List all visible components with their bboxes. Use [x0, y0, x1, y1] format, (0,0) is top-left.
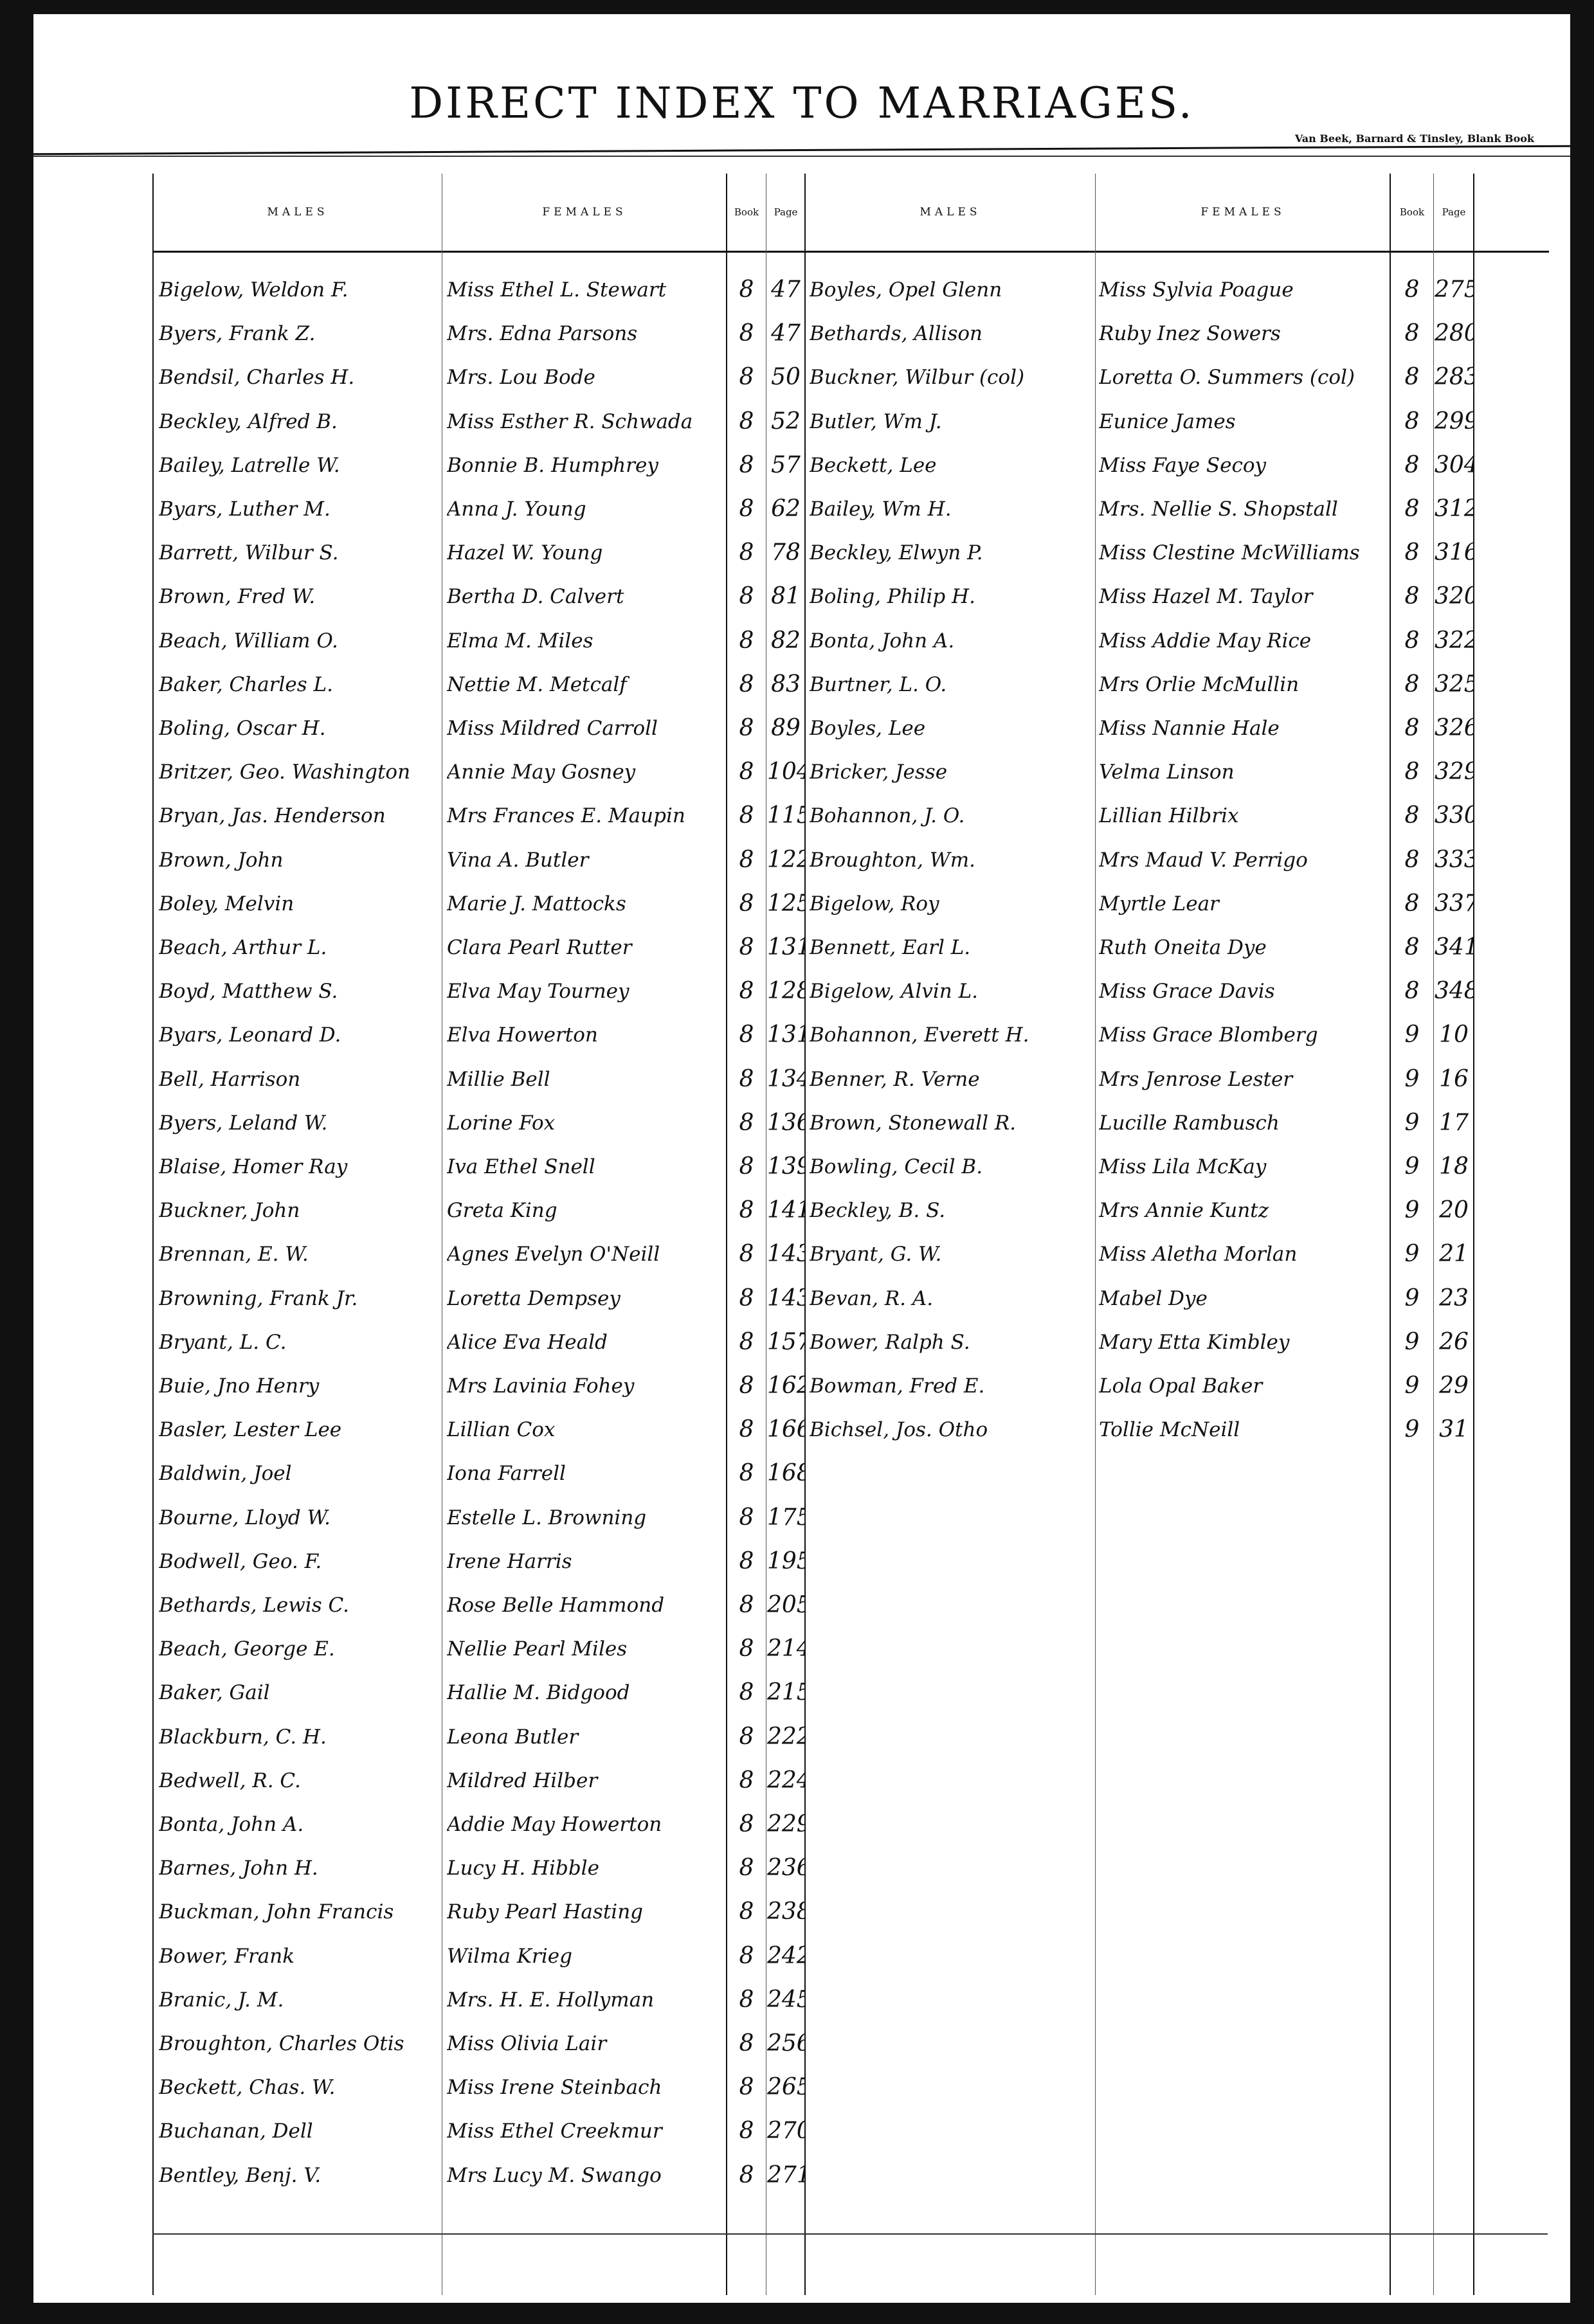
female-name: Myrtle Lear [1099, 884, 1388, 924]
book-number: 8 [1391, 840, 1433, 880]
marriage-index-table: MALES FEMALES Book Page MALES FEMALES Bo… [152, 174, 1549, 2295]
male-name: Bodwell, Geo. F. [159, 1542, 442, 1581]
header-left-book: Book [727, 174, 766, 251]
table-row: Bentley, Benj. V.Mrs Lucy M. Swango8271 [154, 2156, 1549, 2195]
female-name: Mary Etta Kimbley [1099, 1322, 1388, 1362]
book-number: 9 [1391, 1147, 1433, 1187]
female-name: Miss Clestine McWilliams [1099, 533, 1388, 573]
female-name: Miss Nannie Hale [1099, 708, 1388, 748]
table-row: Boling, Philip H.Miss Hazel M. Taylor832… [154, 577, 1549, 617]
male-name: Bonta, John A. [810, 621, 1094, 661]
book-number: 8 [1391, 533, 1433, 573]
book-number: 8 [1391, 314, 1433, 354]
table-row: Boyles, Opel GlennMiss Sylvia Poague8275 [154, 270, 1549, 310]
book-number: 9 [1391, 1015, 1433, 1055]
book-number: 8 [727, 2024, 766, 2064]
male-name: Bethards, Allison [810, 314, 1094, 354]
female-name: Miss Lila McKay [1099, 1147, 1388, 1187]
female-name: Mrs Orlie McMullin [1099, 665, 1388, 705]
scan-border-left [0, 0, 31, 2324]
table-row: Barnes, John H.Lucy H. Hibble8236 [154, 1848, 1549, 1888]
female-name: Miss Addie May Rice [1099, 621, 1388, 661]
male-name: Barnes, John H. [159, 1848, 442, 1888]
book-number: 8 [1391, 796, 1433, 836]
book-number: 9 [1391, 1103, 1433, 1143]
page-number: 238 [767, 1892, 804, 1932]
female-name: Mrs. Nellie S. Shopstall [1099, 489, 1388, 529]
male-name: Broughton, Charles Otis [159, 2024, 442, 2064]
book-number: 9 [1391, 1410, 1433, 1450]
female-name: Rose Belle Hammond [447, 1585, 725, 1625]
female-name: Mrs Annie Kuntz [1099, 1191, 1388, 1230]
male-name: Bowman, Fred E. [810, 1366, 1094, 1406]
table-row: Butler, Wm J.Eunice James8299 [154, 402, 1549, 442]
book-number: 8 [1391, 928, 1433, 968]
female-name: Leona Butler [447, 1717, 725, 1757]
page-number: 245 [767, 1980, 804, 2020]
bottom-rule [152, 2233, 1548, 2235]
page-number: 270 [767, 2111, 804, 2151]
table-row: Beckley, B. S.Mrs Annie Kuntz920 [154, 1191, 1549, 1230]
female-name: Wilma Krieg [447, 1936, 725, 1976]
table-row: Bonta, John A.Addie May Howerton8229 [154, 1805, 1549, 1844]
table-row: Bower, Ralph S.Mary Etta Kimbley926 [154, 1322, 1549, 1362]
table-row: Bevan, R. A.Mabel Dye923 [154, 1279, 1549, 1319]
male-name: Blackburn, C. H. [159, 1717, 442, 1757]
page-number: 337 [1435, 884, 1473, 924]
female-name: Ruth Oneita Dye [1099, 928, 1388, 968]
male-name: Bailey, Wm H. [810, 489, 1094, 529]
scan-border-top [0, 0, 1594, 14]
page-number: 299 [1435, 402, 1473, 442]
page-number: 341 [1435, 928, 1473, 968]
table-row: Bichsel, Jos. OthoTollie McNeill931 [154, 1410, 1549, 1450]
male-name: Boyles, Lee [810, 708, 1094, 748]
book-number: 9 [1391, 1279, 1433, 1319]
book-number: 9 [1391, 1322, 1433, 1362]
page-number: 325 [1435, 665, 1473, 705]
female-name: Ruby Inez Sowers [1099, 314, 1388, 354]
scan-border-bottom [0, 2301, 1594, 2324]
page-number: 20 [1435, 1191, 1473, 1230]
male-name: Beckley, B. S. [810, 1191, 1094, 1230]
page-number: 333 [1435, 840, 1473, 880]
male-name: Bevan, R. A. [810, 1279, 1094, 1319]
table-row: Bowling, Cecil B.Miss Lila McKay918 [154, 1147, 1549, 1187]
table-row: Broughton, Charles OtisMiss Olivia Lair8… [154, 2024, 1549, 2064]
header-left-females: FEMALES [443, 174, 726, 251]
header-right-females: FEMALES [1096, 174, 1390, 251]
male-name: Bohannon, Everett H. [810, 1015, 1094, 1055]
table-row: Bethards, Lewis C.Rose Belle Hammond8205 [154, 1585, 1549, 1625]
female-name: Mrs. H. E. Hollyman [447, 1980, 725, 2020]
table-row: Beckett, Chas. W.Miss Irene Steinbach826… [154, 2067, 1549, 2107]
male-name: Burtner, L. O. [810, 665, 1094, 705]
table-row: Beckett, LeeMiss Faye Secoy8304 [154, 446, 1549, 485]
book-number: 8 [727, 1454, 766, 1493]
page-number: 31 [1435, 1410, 1473, 1450]
male-name: Benner, R. Verne [810, 1059, 1094, 1099]
male-name: Baker, Gail [159, 1673, 442, 1713]
male-name: Beckley, Elwyn P. [810, 533, 1094, 573]
book-number: 8 [1391, 489, 1433, 529]
table-row: Bohannon, J. O.Lillian Hilbrix8330 [154, 796, 1549, 836]
page-number: 275 [1435, 270, 1473, 310]
female-name: Addie May Howerton [447, 1805, 725, 1844]
table-row: Broughton, Wm.Mrs Maud V. Perrigo8333 [154, 840, 1549, 880]
table-row: Blackburn, C. H.Leona Butler8222 [154, 1717, 1549, 1757]
book-number: 8 [727, 1498, 766, 1538]
table-row: Bethards, AllisonRuby Inez Sowers8280 [154, 314, 1549, 354]
table-row: Bonta, John A.Miss Addie May Rice8322 [154, 621, 1549, 661]
book-number: 8 [727, 1629, 766, 1669]
page-number: 265 [767, 2067, 804, 2107]
page-number: 23 [1435, 1279, 1473, 1319]
table-row: Buchanan, DellMiss Ethel Creekmur8270 [154, 2111, 1549, 2151]
book-number: 8 [1391, 752, 1433, 792]
page-number: 224 [767, 1761, 804, 1801]
male-name: Bryant, G. W. [810, 1234, 1094, 1274]
male-name: Baldwin, Joel [159, 1454, 442, 1493]
book-number: 8 [1391, 270, 1433, 310]
male-name: Beckett, Lee [810, 446, 1094, 485]
male-name: Bohannon, J. O. [810, 796, 1094, 836]
table-row: Bedwell, R. C.Mildred Hilber8224 [154, 1761, 1549, 1801]
header-right-males: MALES [806, 174, 1095, 251]
page-number: 10 [1435, 1015, 1473, 1055]
page-number: 21 [1435, 1234, 1473, 1274]
page-number: 195 [767, 1542, 804, 1581]
male-name: Butler, Wm J. [810, 402, 1094, 442]
table-row: Bourne, Lloyd W.Estelle L. Browning8175 [154, 1498, 1549, 1538]
book-number: 8 [727, 1848, 766, 1888]
female-name: Lucille Rambusch [1099, 1103, 1388, 1143]
female-name: Mabel Dye [1099, 1279, 1388, 1319]
male-name: Bricker, Jesse [810, 752, 1094, 792]
table-row: Beckley, Elwyn P.Miss Clestine McWilliam… [154, 533, 1549, 573]
page-number: 29 [1435, 1366, 1473, 1406]
table-row: Beach, George E.Nellie Pearl Miles8214 [154, 1629, 1549, 1669]
female-name: Estelle L. Browning [447, 1498, 725, 1538]
female-name: Miss Grace Davis [1099, 971, 1388, 1011]
female-name: Tollie McNeill [1099, 1410, 1388, 1450]
header-right-book: Book [1391, 174, 1433, 251]
male-name: Beach, George E. [159, 1629, 442, 1669]
page-number: 322 [1435, 621, 1473, 661]
female-name: Eunice James [1099, 402, 1388, 442]
female-name: Mrs Jenrose Lester [1099, 1059, 1388, 1099]
page-number: 16 [1435, 1059, 1473, 1099]
female-name: Iona Farrell [447, 1454, 725, 1493]
male-name: Bedwell, R. C. [159, 1761, 442, 1801]
table-row: Baker, GailHallie M. Bidgood8215 [154, 1673, 1549, 1713]
page-number: 229 [767, 1805, 804, 1844]
male-name: Branic, J. M. [159, 1980, 442, 2020]
female-name: Nellie Pearl Miles [447, 1629, 725, 1669]
book-number: 8 [727, 1542, 766, 1581]
page-number: 215 [767, 1673, 804, 1713]
female-name: Velma Linson [1099, 752, 1388, 792]
female-name: Miss Grace Blomberg [1099, 1015, 1388, 1055]
table-row: Benner, R. VerneMrs Jenrose Lester916 [154, 1059, 1549, 1099]
male-name: Beckett, Chas. W. [159, 2067, 442, 2107]
table-row: Bowman, Fred E.Lola Opal Baker929 [154, 1366, 1549, 1406]
book-number: 8 [1391, 884, 1433, 924]
male-name: Buckman, John Francis [159, 1892, 442, 1932]
female-name: Mildred Hilber [447, 1761, 725, 1801]
book-number: 9 [1391, 1234, 1433, 1274]
book-number: 8 [727, 2156, 766, 2195]
table-row: Baldwin, JoelIona Farrell8168 [154, 1454, 1549, 1493]
table-row: Buckner, Wilbur (col)Loretta O. Summers … [154, 357, 1549, 397]
female-name: Miss Ethel Creekmur [447, 2111, 725, 2151]
table-row: Boyles, LeeMiss Nannie Hale8326 [154, 708, 1549, 748]
male-name: Bonta, John A. [159, 1805, 442, 1844]
male-name: Broughton, Wm. [810, 840, 1094, 880]
table-row: Branic, J. M.Mrs. H. E. Hollyman8245 [154, 1980, 1549, 2020]
book-number: 8 [1391, 665, 1433, 705]
male-name: Bigelow, Roy [810, 884, 1094, 924]
female-name: Miss Sylvia Poague [1099, 270, 1388, 310]
book-number: 8 [1391, 357, 1433, 397]
book-number: 8 [727, 1717, 766, 1757]
page-number: 316 [1435, 533, 1473, 573]
male-name: Bower, Ralph S. [810, 1322, 1094, 1362]
male-name: Bichsel, Jos. Otho [810, 1410, 1094, 1450]
page-number: 242 [767, 1936, 804, 1976]
female-name: Hallie M. Bidgood [447, 1673, 725, 1713]
book-number: 8 [727, 1585, 766, 1625]
book-number: 8 [727, 1805, 766, 1844]
male-name: Boling, Philip H. [810, 577, 1094, 617]
female-name: Lola Opal Baker [1099, 1366, 1388, 1406]
female-name: Loretta O. Summers (col) [1099, 357, 1388, 397]
female-name: Irene Harris [447, 1542, 725, 1581]
page-number: 256 [767, 2024, 804, 2064]
book-number: 8 [1391, 708, 1433, 748]
book-number: 9 [1391, 1059, 1433, 1099]
page-number: 214 [767, 1629, 804, 1669]
table-row: Bailey, Wm H.Mrs. Nellie S. Shopstall831… [154, 489, 1549, 529]
table-row: Bigelow, Alvin L.Miss Grace Davis8348 [154, 971, 1549, 1011]
page-number: 304 [1435, 446, 1473, 485]
male-name: Buchanan, Dell [159, 2111, 442, 2151]
female-name: Mrs Lucy M. Swango [447, 2156, 725, 2195]
page-number: 17 [1435, 1103, 1473, 1143]
page-title: DIRECT INDEX TO MARRIAGES. [33, 78, 1570, 128]
header-right-page: Page [1435, 174, 1473, 251]
table-row: Buckman, John FrancisRuby Pearl Hasting8… [154, 1892, 1549, 1932]
male-name: Bourne, Lloyd W. [159, 1498, 442, 1538]
page-number: 168 [767, 1454, 804, 1493]
female-name: Miss Faye Secoy [1099, 446, 1388, 485]
table-row: Bower, FrankWilma Krieg8242 [154, 1936, 1549, 1976]
book-number: 8 [727, 1892, 766, 1932]
header-rule-secondary [33, 156, 1570, 157]
table-row: Bennett, Earl L.Ruth Oneita Dye8341 [154, 928, 1549, 968]
header-left-page: Page [767, 174, 804, 251]
header-rule [33, 145, 1570, 156]
female-name: Miss Aletha Morlan [1099, 1234, 1388, 1274]
header-left-males: MALES [154, 174, 442, 251]
book-number: 9 [1391, 1366, 1433, 1406]
book-number: 8 [1391, 577, 1433, 617]
ledger-page: DIRECT INDEX TO MARRIAGES. Van Beek, Bar… [31, 14, 1573, 2303]
book-number: 8 [727, 1980, 766, 2020]
male-name: Bethards, Lewis C. [159, 1585, 442, 1625]
page-number: 329 [1435, 752, 1473, 792]
table-header: MALES FEMALES Book Page MALES FEMALES Bo… [154, 174, 1549, 253]
male-name: Brown, Stonewall R. [810, 1103, 1094, 1143]
female-name: Lillian Hilbrix [1099, 796, 1388, 836]
page-number: 271 [767, 2156, 804, 2195]
page-number: 18 [1435, 1147, 1473, 1187]
table-row: Bohannon, Everett H.Miss Grace Blomberg9… [154, 1015, 1549, 1055]
page-number: 280 [1435, 314, 1473, 354]
book-number: 8 [727, 1673, 766, 1713]
page-number: 222 [767, 1717, 804, 1757]
female-name: Ruby Pearl Hasting [447, 1892, 725, 1932]
book-number: 8 [727, 2067, 766, 2107]
female-name: Miss Olivia Lair [447, 2024, 725, 2064]
book-number: 8 [1391, 402, 1433, 442]
female-name: Miss Hazel M. Taylor [1099, 577, 1388, 617]
page-number: 312 [1435, 489, 1473, 529]
male-name: Bower, Frank [159, 1936, 442, 1976]
table-row: Bricker, JesseVelma Linson8329 [154, 752, 1549, 792]
page-number: 330 [1435, 796, 1473, 836]
male-name: Bigelow, Alvin L. [810, 971, 1094, 1011]
table-row: Bigelow, RoyMyrtle Lear8337 [154, 884, 1549, 924]
page-number: 236 [767, 1848, 804, 1888]
female-name: Mrs Maud V. Perrigo [1099, 840, 1388, 880]
book-number: 8 [1391, 446, 1433, 485]
page-number: 26 [1435, 1322, 1473, 1362]
book-number: 8 [727, 1936, 766, 1976]
book-number: 8 [1391, 971, 1433, 1011]
page-number: 283 [1435, 357, 1473, 397]
publisher-imprint: Van Beek, Barnard & Tinsley, Blank Book [1295, 132, 1534, 145]
book-number: 8 [1391, 621, 1433, 661]
female-name: Miss Irene Steinbach [447, 2067, 725, 2107]
book-number: 8 [727, 2111, 766, 2151]
male-name: Boyles, Opel Glenn [810, 270, 1094, 310]
page-number: 320 [1435, 577, 1473, 617]
female-name: Lucy H. Hibble [447, 1848, 725, 1888]
table-row: Brown, Stonewall R.Lucille Rambusch917 [154, 1103, 1549, 1143]
table-row: Bryant, G. W.Miss Aletha Morlan921 [154, 1234, 1549, 1274]
table-row: Bodwell, Geo. F.Irene Harris8195 [154, 1542, 1549, 1581]
male-name: Bentley, Benj. V. [159, 2156, 442, 2195]
book-number: 8 [727, 1761, 766, 1801]
table-row: Burtner, L. O.Mrs Orlie McMullin8325 [154, 665, 1549, 705]
male-name: Bennett, Earl L. [810, 928, 1094, 968]
page-number: 175 [767, 1498, 804, 1538]
page-number: 348 [1435, 971, 1473, 1011]
book-number: 9 [1391, 1191, 1433, 1230]
male-name: Bowling, Cecil B. [810, 1147, 1094, 1187]
page-number: 326 [1435, 708, 1473, 748]
page-number: 205 [767, 1585, 804, 1625]
male-name: Buckner, Wilbur (col) [810, 357, 1094, 397]
